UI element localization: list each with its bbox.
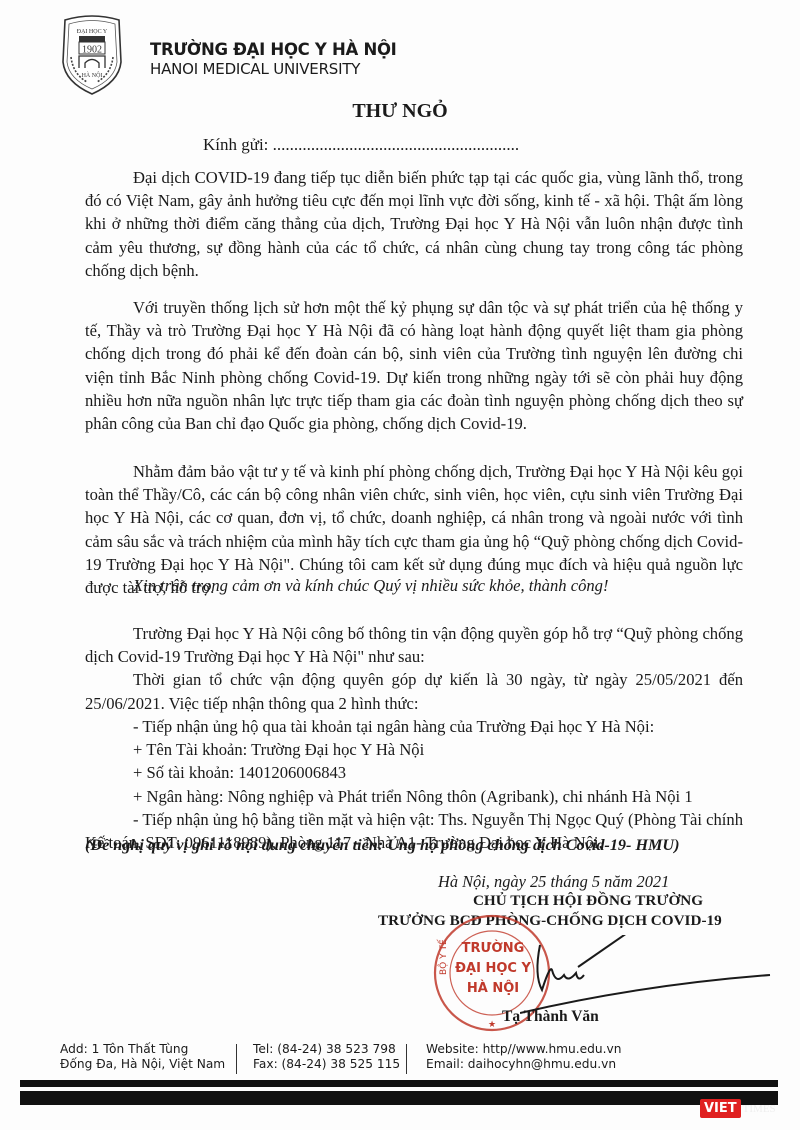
email-link[interactable]: Email: daihocyhn@hmu.edu.vn — [426, 1057, 621, 1072]
transfer-note: (Đề nghị quý vị ghi rõ nội dung chuyển t… — [85, 836, 680, 855]
announcement-text: Trường Đại học Y Hà Nội công bố thông ti… — [85, 622, 743, 668]
thanks-line: Xin trân trọng cảm ơn và kính chúc Quý v… — [133, 576, 609, 596]
vietimes-watermark: VIET TIMES — [700, 1099, 776, 1118]
place-date: Hà Nội, ngày 25 tháng 5 năm 2021 — [438, 872, 669, 892]
tel: Tel: (84-24) 38 523 798 — [253, 1042, 400, 1057]
footer-divider — [236, 1044, 237, 1074]
website-link[interactable]: Website: http//www.hmu.edu.vn — [426, 1042, 621, 1057]
signer-title-1: CHỦ TỊCH HỘI ĐỒNG TRƯỜNG — [438, 892, 738, 910]
footer-address: Add: 1 Tôn Thất Tùng Đống Đa, Hà Nội, Vi… — [60, 1042, 225, 1072]
watermark-times: TIMES — [743, 1103, 776, 1115]
paragraph-text: Với truyền thống lịch sử hơn một thế kỷ … — [85, 296, 743, 435]
fax: Fax: (84-24) 38 525 115 — [253, 1057, 400, 1072]
address-line-1: Add: 1 Tôn Thất Tùng — [60, 1042, 225, 1057]
footer-band-bottom — [20, 1091, 778, 1105]
greeting: Kính gửi: ..............................… — [203, 135, 519, 155]
signer-name: Tạ Thành Văn — [502, 1008, 599, 1026]
footer-divider — [406, 1044, 407, 1074]
footer-contact: Website: http//www.hmu.edu.vn Email: dai… — [426, 1042, 621, 1072]
footer-phone: Tel: (84-24) 38 523 798 Fax: (84-24) 38 … — [253, 1042, 400, 1072]
svg-text:1902: 1902 — [82, 45, 102, 56]
watermark-viet: VIET — [700, 1099, 741, 1118]
paragraph-text: Đại dịch COVID-19 đang tiếp tục diễn biế… — [85, 166, 743, 282]
svg-text:ĐẠI HỌC Y: ĐẠI HỌC Y — [77, 29, 108, 35]
bank-heading: - Tiếp nhận ủng hộ qua tài khoản tại ngâ… — [85, 715, 743, 738]
university-name-en: HANOI MEDICAL UNIVERSITY — [150, 60, 360, 78]
letter-page: ĐẠI HỌC Y 1902 HÀ NỘI TRƯỜNG ĐẠI HỌC Y H… — [0, 0, 800, 1130]
university-name-vn: TRƯỜNG ĐẠI HỌC Y HÀ NỘI — [150, 40, 397, 59]
paragraph-2: Với truyền thống lịch sử hơn một thế kỷ … — [85, 296, 743, 435]
announcement: Trường Đại học Y Hà Nội công bố thông ti… — [85, 622, 743, 715]
footer-band-top — [20, 1080, 778, 1087]
svg-text:★: ★ — [488, 1019, 496, 1029]
account-number: + Số tài khoản: 1401206006843 — [85, 761, 743, 784]
svg-text:HÀ NỘI: HÀ NỘI — [82, 71, 103, 79]
university-crest-icon: ĐẠI HỌC Y 1902 HÀ NỘI — [57, 12, 127, 97]
donation-methods: - Tiếp nhận ủng hộ qua tài khoản tại ngâ… — [85, 715, 743, 854]
account-name: + Tên Tài khoản: Trường Đại học Y Hà Nội — [85, 738, 743, 761]
duration-text: Thời gian tổ chức vận động quyên góp dự … — [85, 668, 743, 714]
address-line-2: Đống Đa, Hà Nội, Việt Nam — [60, 1057, 225, 1072]
bank-name: + Ngân hàng: Nông nghiệp và Phát triển N… — [85, 785, 743, 808]
letter-title: THƯ NGỎ — [0, 100, 800, 123]
paragraph-1: Đại dịch COVID-19 đang tiếp tục diễn biế… — [85, 166, 743, 282]
